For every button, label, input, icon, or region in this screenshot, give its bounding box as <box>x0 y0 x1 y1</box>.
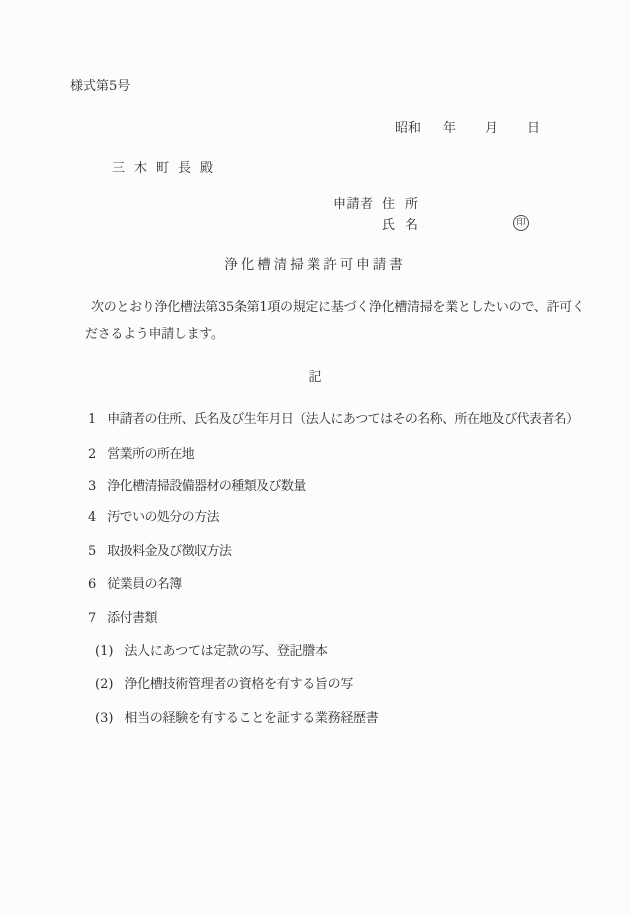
applicant-address-label: 住所 <box>382 198 428 212</box>
item-text: 浄化槽清掃設備器材の種類及び数量 <box>107 479 305 494</box>
item-number: 4 <box>88 511 96 525</box>
item-text: 営業所の所在地 <box>107 447 194 462</box>
applicant-label: 申請者 <box>333 198 374 212</box>
section-heading: 記 <box>0 366 630 385</box>
body-paragraph-line-1: 次のとおり浄化槽法第35条第1項の規定に基づく浄化槽清掃を業としたいので、許可く <box>91 301 585 315</box>
list-item-3: 3浄化槽清掃設備器材の種類及び数量 <box>88 480 306 494</box>
date-month-label: 月 <box>485 122 498 136</box>
date-era-label: 昭和 <box>395 122 421 136</box>
item-text: 汚でいの処分の方法 <box>107 510 219 525</box>
list-item-5: 5取扱料金及び徴収方法 <box>88 545 231 559</box>
list-item-6: 6従業員の名簿 <box>88 578 182 592</box>
list-item-1: 1申請者の住所、氏名及び生年月日（法人にあつてはその名称、所在地及び代表者名） <box>88 413 578 427</box>
item-text: 従業員の名簿 <box>107 577 181 592</box>
sub-item-text: 法人にあつては定款の写、登記謄本 <box>124 644 327 659</box>
list-item-7: 7添付書類 <box>88 612 157 626</box>
list-item-2: 2営業所の所在地 <box>88 448 194 462</box>
item-text: 取扱料金及び徴収方法 <box>107 544 231 559</box>
document-title: 浄化槽清掃業許可申請書 <box>0 253 630 273</box>
date-year-label: 年 <box>443 122 456 136</box>
item-number: 5 <box>88 545 96 559</box>
item-number: 7 <box>88 612 96 626</box>
application-form-page: 様式第5号 昭和 年 月 日 三木町長殿 申請者 住所 氏名 印 浄化槽清掃業許… <box>0 0 630 916</box>
item-number: 3 <box>88 480 96 494</box>
item-text: 申請者の住所、氏名及び生年月日（法人にあつてはその名称、所在地及び代表者名） <box>107 412 578 427</box>
attachment-sub-item-3: (3)相当の経験を有することを証する業務経歴書 <box>95 712 378 726</box>
applicant-name-label: 氏名 <box>382 219 428 233</box>
item-text: 添付書類 <box>107 611 157 626</box>
item-number: 6 <box>88 578 96 592</box>
date-day-label: 日 <box>527 122 540 136</box>
sub-item-text: 相当の経験を有することを証する業務経歴書 <box>124 711 378 726</box>
sub-item-number: (3) <box>95 712 113 726</box>
sub-item-number: (2) <box>95 678 113 692</box>
sub-item-number: (1) <box>95 645 113 659</box>
item-number: 2 <box>88 448 96 462</box>
body-paragraph-line-2: ださるよう申請します。 <box>85 328 224 342</box>
item-number: 1 <box>88 413 96 427</box>
attachment-sub-item-1: (1)法人にあつては定款の写、登記謄本 <box>95 645 328 659</box>
sub-item-text: 浄化槽技術管理者の資格を有する旨の写 <box>124 677 353 692</box>
list-item-4: 4汚でいの処分の方法 <box>88 511 219 525</box>
attachment-sub-item-2: (2)浄化槽技術管理者の資格を有する旨の写 <box>95 678 353 692</box>
addressee: 三木町長殿 <box>112 162 222 176</box>
form-number: 様式第5号 <box>70 80 130 94</box>
seal-stamp-icon: 印 <box>513 215 529 231</box>
